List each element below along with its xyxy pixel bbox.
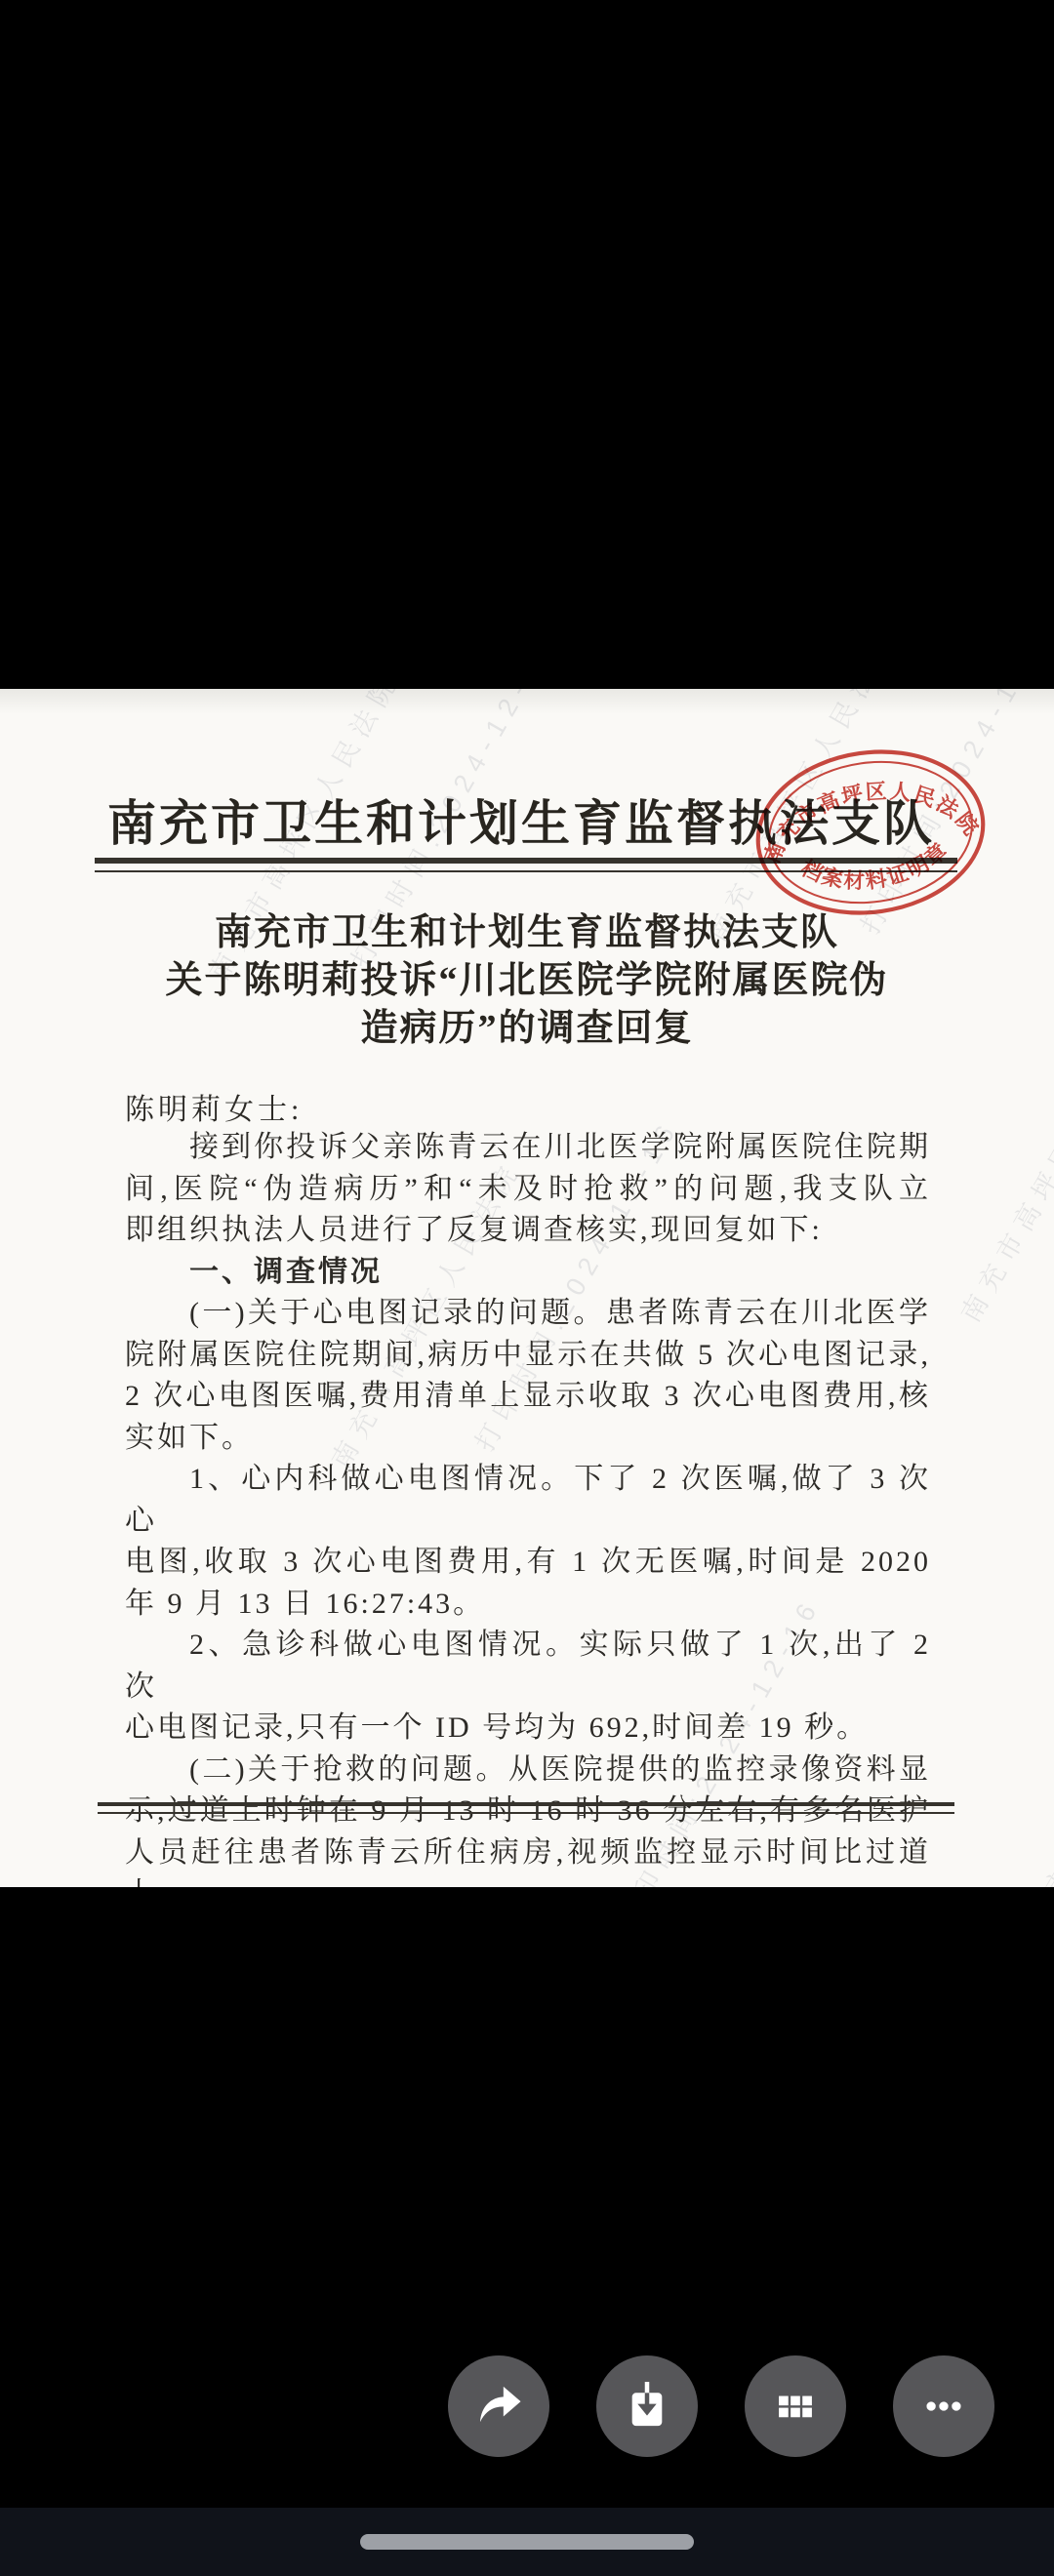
watermark-text: 南充市高坪区人民法院 xyxy=(998,1639,1054,1887)
share-button[interactable] xyxy=(448,2355,549,2457)
document-text-line: 年 9 月 13 日 16:27:43。 xyxy=(125,1584,931,1626)
more-button[interactable] xyxy=(893,2355,994,2457)
home-indicator[interactable] xyxy=(360,2534,694,2550)
navigation-bar xyxy=(0,2508,1054,2576)
document-title-line: 关于陈明莉投诉“川北医院学院附属医院伪 xyxy=(39,957,1015,1005)
document-title-line: 造病历”的调查回复 xyxy=(39,1005,1015,1053)
grid-button[interactable] xyxy=(745,2355,846,2457)
letterhead-rule-thick xyxy=(95,858,957,864)
download-icon xyxy=(619,2378,675,2435)
document-text-line: 电图,收取 3 次心电图费用,有 1 次无医嘱,时间是 2020 xyxy=(125,1542,931,1584)
share-icon xyxy=(470,2378,527,2435)
document-text-line: 1、心内科做心电图情况。下了 2 次医嘱,做了 3 次心 xyxy=(125,1459,931,1542)
document-text-line: 院附属医院住院期间,病历中显示在共做 5 次心电图记录, xyxy=(125,1335,931,1377)
more-icon xyxy=(915,2378,972,2435)
document-salutation: 陈明莉女士: xyxy=(125,1085,303,1128)
watermark-text: 南充市高坪区人民法院 xyxy=(950,1005,1054,1328)
document-text-line: 实如下。 xyxy=(125,1418,931,1460)
document-text-line: 人员赶往患者陈青云所住病房,视频监控显示时间比过道上 xyxy=(125,1832,931,1888)
document-text-line: 接到你投诉父亲陈青云在川北医学院附属医院住院期 xyxy=(125,1127,931,1169)
document-letterhead: 南充市卫生和计划生育监督执法支队 xyxy=(107,785,935,855)
document-text-line: 间,医院“伪造病历”和“未及时抢救”的问题,我支队立 xyxy=(125,1169,931,1211)
document-text-line: 一、调查情况 xyxy=(125,1252,931,1294)
letterhead-rule-thin xyxy=(95,870,957,872)
download-button[interactable] xyxy=(596,2355,698,2457)
photo-viewer-screen: { "colors": { "screen_background": "#000… xyxy=(0,0,1054,2576)
document-text-line: 心电图记录,只有一个 ID 号均为 692,时间差 19 秒。 xyxy=(125,1708,931,1750)
viewer-toolbar xyxy=(448,2355,994,2457)
document-title: 南充市卫生和计划生育监督执法支队 关于陈明莉投诉“川北医院学院附属医院伪 造病历… xyxy=(39,909,1015,1053)
document-page-image[interactable]: 南充市高坪区人民法院打印时间:2024-12-16南充市高坪区人民法院打印时间:… xyxy=(0,689,1054,1887)
document-body: 接到你投诉父亲陈青云在川北医学院附属医院住院期间,医院“伪造病历”和“未及时抢救… xyxy=(125,1127,931,1887)
document-title-line: 南充市卫生和计划生育监督执法支队 xyxy=(39,909,1015,957)
footer-rule-bottom xyxy=(98,1812,954,1814)
document-text-line: (二)关于抢救的问题。从医院提供的监控录像资料显 xyxy=(125,1750,931,1791)
document-text-line: 即组织执法人员进行了反复调查核实,现回复如下: xyxy=(125,1210,931,1252)
document-text-line: 2 次心电图医嘱,费用清单上显示收取 3 次心电图费用,核 xyxy=(125,1376,931,1418)
footer-rule-top xyxy=(98,1802,954,1806)
grid-icon xyxy=(767,2378,824,2435)
document-text-line: (一)关于心电图记录的问题。患者陈青云在川北医学 xyxy=(125,1293,931,1335)
document-text-line: 2、急诊科做心电图情况。实际只做了 1 次,出了 2 次 xyxy=(125,1625,931,1708)
